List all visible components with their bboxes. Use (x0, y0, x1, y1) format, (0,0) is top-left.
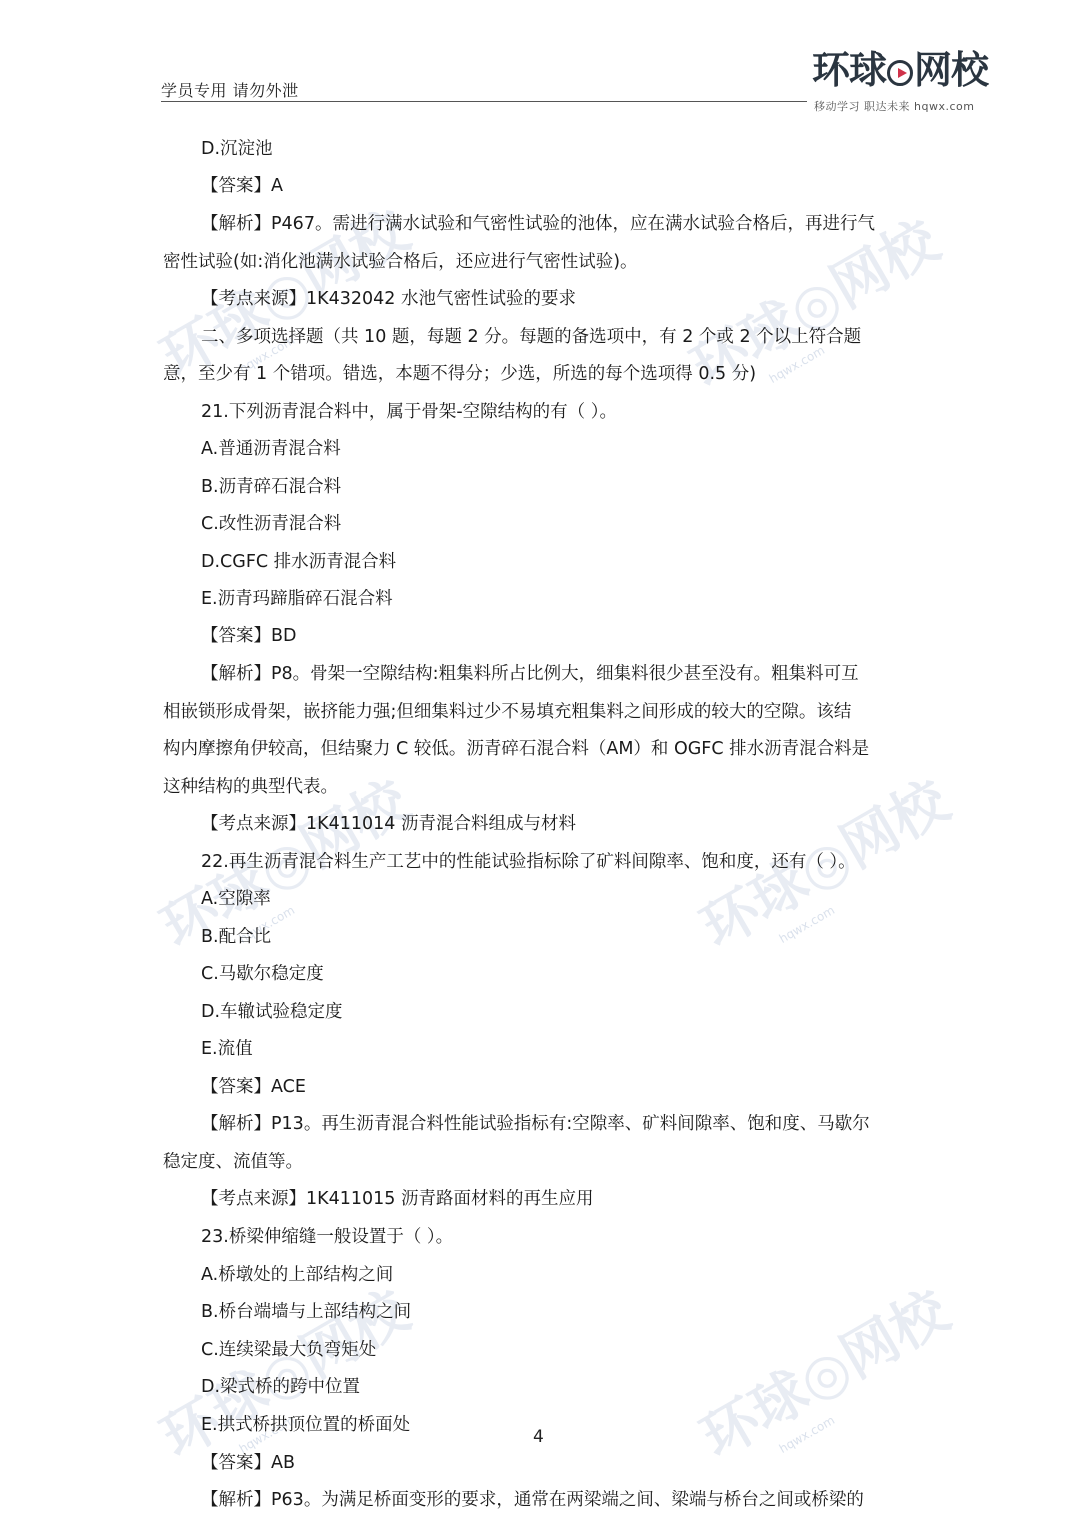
answer-line: 【答案】ACE (201, 1075, 306, 1099)
explanation-line: 稳定度、流值等。 (163, 1150, 303, 1174)
option-line: B.沥青碎石混合料 (201, 475, 341, 499)
option-line: D.沉淀池 (201, 137, 273, 161)
play-icon (887, 60, 913, 86)
section-heading: 意，至少有 1 个错项。错选，本题不得分；少选，所选的每个选项得 0.5 分) (163, 362, 756, 386)
logo-wordmark: 环球网校 (812, 48, 988, 92)
answer-line: 【答案】BD (201, 624, 296, 648)
option-line: A.空隙率 (201, 887, 271, 911)
source-line: 【考点来源】1K411015 沥青路面材料的再生应用 (201, 1187, 593, 1211)
option-line: E.流值 (201, 1037, 253, 1061)
question-line: 22.再生沥青混合料生产工艺中的性能试验指标除了矿料间隙率、饱和度，还有（ ）。 (201, 850, 856, 874)
source-line: 【考点来源】1K432042 水池气密性试验的要求 (201, 287, 576, 311)
option-line: A.普通沥青混合料 (201, 437, 341, 461)
option-line: D.CGFC 排水沥青混合料 (201, 550, 396, 574)
answer-line: 【答案】AB (201, 1451, 295, 1475)
option-line: B.桥台端墙与上部结构之间 (201, 1300, 411, 1324)
explanation-line: 密性试验(如:消化池满水试验合格后，还应进行气密性试验)。 (163, 250, 638, 274)
explanation-line: 这种结构的典型代表。 (163, 775, 338, 799)
logo-slogan: 移动学习 职达未来 hqwx.com (814, 98, 974, 114)
watermark: 环球◎网校hqwx.com (685, 1268, 968, 1486)
question-line: 21.下列沥青混合料中，属于骨架-空隙结构的有（ ）。 (201, 400, 617, 424)
source-line: 【考点来源】1K411014 沥青混合料组成与材料 (201, 812, 576, 836)
option-line: E.沥青玛蹄脂碎石混合料 (201, 587, 393, 611)
answer-line: 【答案】A (201, 174, 283, 198)
option-line: D.梁式桥的跨中位置 (201, 1375, 360, 1399)
explanation-line: 【解析】P467。需进行满水试验和气密性试验的池体，应在满水试验合格后，再进行气 (201, 212, 875, 236)
option-line: C.连续梁最大负弯矩处 (201, 1338, 376, 1362)
option-line: C.改性沥青混合料 (201, 512, 341, 536)
option-line: D.车辙试验稳定度 (201, 1000, 343, 1024)
explanation-line: 【解析】P8。骨架一空隙结构:粗集料所占比例大，细集料很少甚至没有。粗集料可互 (201, 662, 859, 686)
explanation-line: 构内摩擦角伊较高，但结聚力 C 较低。沥青碎石混合料（AM）和 OGFC 排水沥… (163, 737, 869, 761)
brand-logo: 环球网校 移动学习 职达未来 hqwx.com (812, 48, 1012, 118)
question-line: 23.桥梁伸缩缝一般设置于（ ）。 (201, 1225, 453, 1249)
explanation-line: 相嵌锁形成骨架，嵌挤能力强;但细集料过少不易填充粗集料之间形成的较大的空隙。该结 (163, 700, 851, 724)
section-heading: 二、多项选择题（共 10 题，每题 2 分。每题的备选项中，有 2 个或 2 个… (201, 325, 861, 349)
option-line: A.桥墩处的上部结构之间 (201, 1263, 393, 1287)
header-confidential-label: 学员专用 请勿外泄 (161, 78, 299, 101)
header-divider (161, 101, 807, 102)
option-line: C.马歇尔稳定度 (201, 962, 324, 986)
option-line: B.配合比 (201, 925, 271, 949)
page-number: 4 (533, 1427, 544, 1447)
explanation-line: 【解析】P13。再生沥青混合料性能试验指标有:空隙率、矿料间隙率、饱和度、马歇尔 (201, 1112, 870, 1136)
explanation-line: 【解析】P63。为满足桥面变形的要求，通常在两梁端之间、梁端与桥台之间或桥梁的 (201, 1488, 864, 1512)
option-line: E.拱式桥拱顶位置的桥面处 (201, 1413, 410, 1437)
